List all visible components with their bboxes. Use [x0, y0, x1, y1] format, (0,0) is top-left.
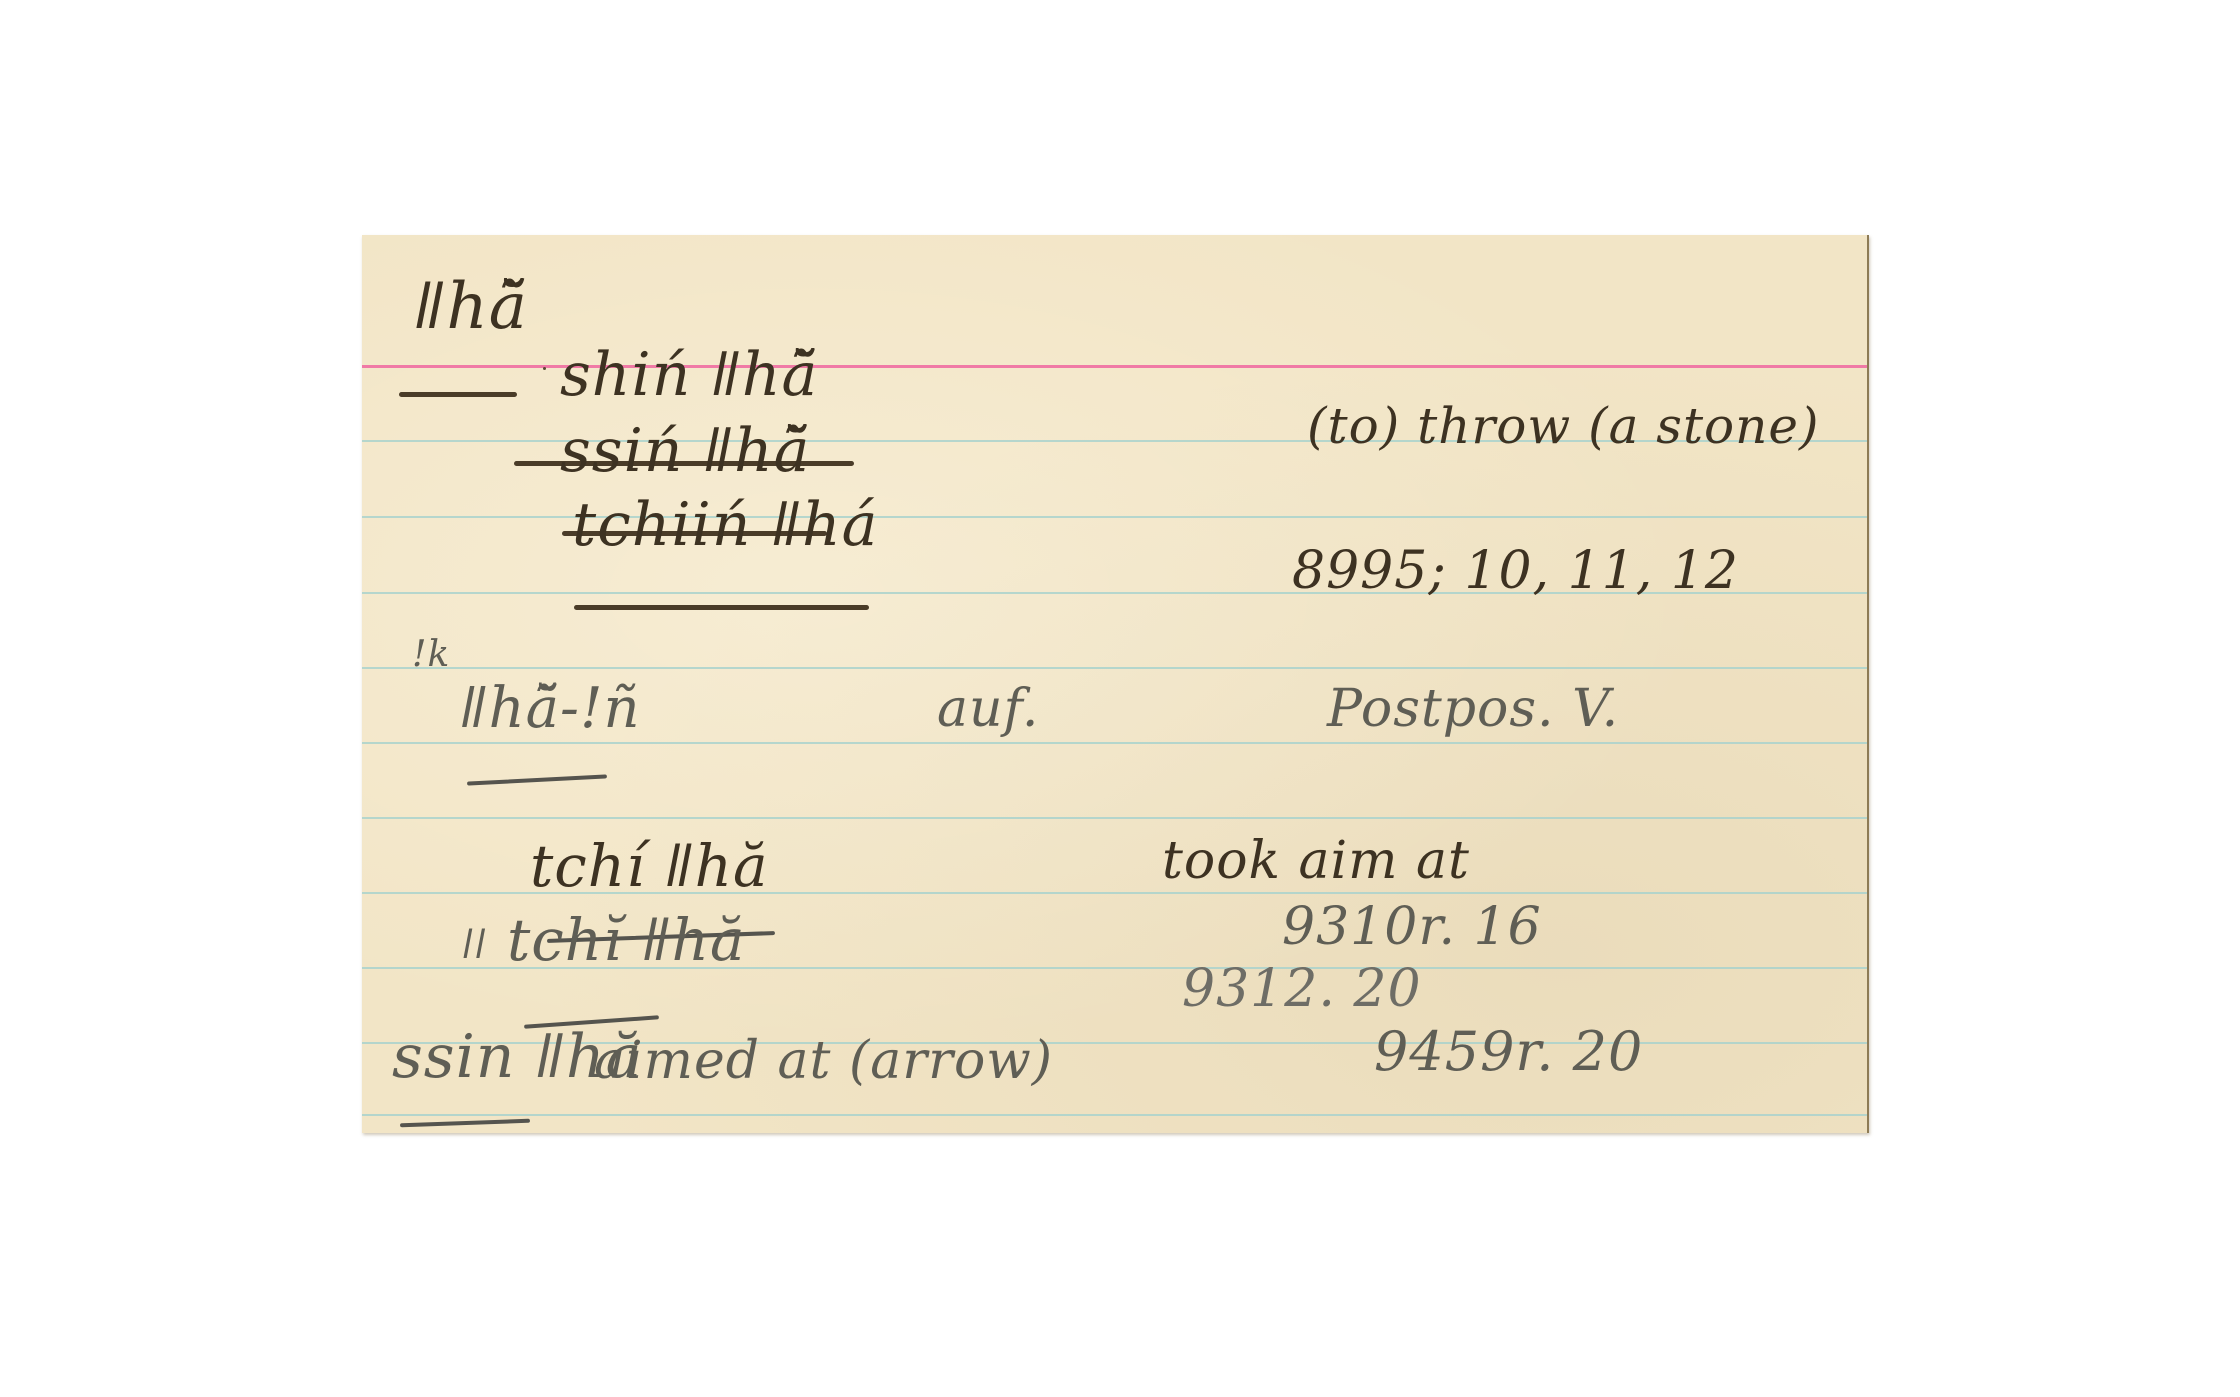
ruled-line — [362, 667, 1867, 669]
entry3-gloss: took aim at — [1162, 835, 1470, 887]
entry2-gloss: auf. — [937, 683, 1039, 735]
entry1-gloss: (to) throw (a stone) — [1307, 401, 1819, 451]
entry1-refs: 8995; 10, 11, 12 — [1292, 545, 1739, 597]
headword: ǁhã̆ — [414, 275, 528, 339]
entry4-underline — [400, 1119, 530, 1128]
entry2-note: Postpos. V. — [1327, 683, 1619, 735]
entry4-gloss: aimed at (arrow) — [594, 1035, 1053, 1087]
entry3-form2: tchĭ ǁhă — [507, 911, 746, 969]
entry1-form3-underline — [574, 605, 869, 610]
ruled-line — [362, 742, 1867, 744]
entry4-refs: 9459r. 20 — [1374, 1025, 1643, 1079]
entry3-ref1: 9310r. 16 — [1282, 901, 1542, 953]
entry2-underline — [467, 774, 607, 785]
dot — [543, 367, 546, 370]
entry2-form: ǁhã̆-!ñ — [460, 681, 641, 737]
ruled-line — [362, 817, 1867, 819]
entry1-form2: ssiń ǁhã̆ — [560, 421, 810, 481]
entry3-ref2: 9312. 20 — [1182, 963, 1422, 1015]
entry1-form1: shiń ǁhã̆ — [560, 345, 818, 405]
entry2-prefix: !k — [412, 637, 450, 673]
ruled-line — [362, 1114, 1867, 1116]
index-card: ǁhã̆ shiń ǁhã̆ ssiń ǁhã̆ tchiiń ǁhá (to)… — [362, 235, 1869, 1133]
entry3-form1: tchí ǁhă — [530, 837, 769, 895]
entry3-prefix: ǀǀ — [462, 925, 488, 965]
entry1-form3: tchiiń ǁhá — [572, 495, 878, 555]
headword-underline — [399, 392, 517, 397]
